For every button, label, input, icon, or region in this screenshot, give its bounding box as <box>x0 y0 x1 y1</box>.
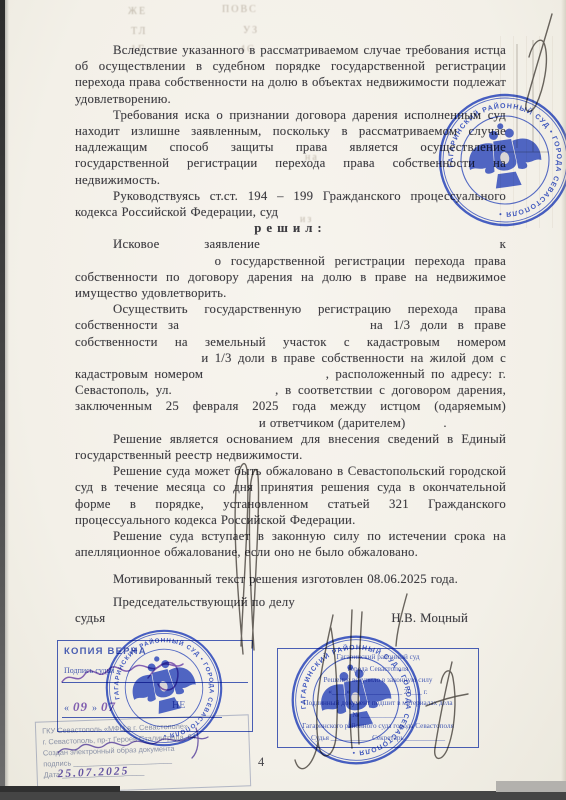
paragraph: Решение является основанием для внесения… <box>75 431 506 463</box>
redacted-blank <box>409 421 439 427</box>
bleedthrough-text: УЗ <box>243 25 259 36</box>
scan-edge-bottom <box>0 791 566 800</box>
court-round-seal-top: ГАГАРИНСКИЙ РАЙОННЫЙ СУД • ГОРОДА СЕВАСТ… <box>420 75 566 244</box>
scan-edge-right-shadow <box>561 0 566 800</box>
bleedthrough-text: ЖЕ <box>128 6 147 17</box>
vertical-gap <box>75 561 506 571</box>
paragraph: Председательствующий по делу <box>75 594 506 610</box>
vertical-gap <box>75 587 506 594</box>
bleedthrough-text: ПОВС <box>222 4 258 15</box>
court-round-seal-right: ГАГАРИНСКИЙ РАЙОННЫЙ СУД • ГОРОДА СЕВАСТ… <box>271 615 440 784</box>
bleedthrough-text: ТЛ <box>131 26 147 37</box>
redacted-blank <box>75 259 205 265</box>
handwritten-date: 25.07.2025 <box>57 765 129 780</box>
handwritten-day: 09 <box>73 699 88 714</box>
paragraph: Исковое заявление к о государственной ре… <box>75 236 506 301</box>
redacted-blank <box>75 421 255 427</box>
judge-label: судья <box>75 610 105 626</box>
redacted-blank <box>209 372 319 378</box>
paragraph: Решение суда вступает в законную силу по… <box>75 528 506 560</box>
redacted-blank <box>305 242 455 248</box>
page-number: 4 <box>258 755 264 770</box>
scanned-court-decision: { "colors": { "paper": "#f5f2ec", "ink":… <box>0 0 566 800</box>
redacted-blank <box>75 356 195 362</box>
double-headed-eagle-icon <box>464 118 545 191</box>
redacted-blank <box>190 323 360 329</box>
document-scan: ЖЕПОВСТЛУЗ1Г4Снаиз Вследствие указанного… <box>0 0 566 800</box>
judge-signature-row: судьяН.В. Моцный <box>75 610 506 626</box>
scan-edge-bottom-left <box>0 786 120 792</box>
scan-edge-bottom-right <box>496 781 566 792</box>
paragraph: Осуществить государственную регистрацию … <box>75 301 506 431</box>
double-headed-eagle-icon <box>315 658 395 732</box>
quote-open: « <box>64 703 69 714</box>
paragraph: Мотивированный текст решения изготовлен … <box>75 571 506 587</box>
redacted-blank <box>179 388 269 394</box>
scan-edge-left-shadow <box>5 0 9 800</box>
quote-close: » <box>92 703 97 714</box>
paragraph: Решение суда может быть обжаловано в Сев… <box>75 463 506 528</box>
